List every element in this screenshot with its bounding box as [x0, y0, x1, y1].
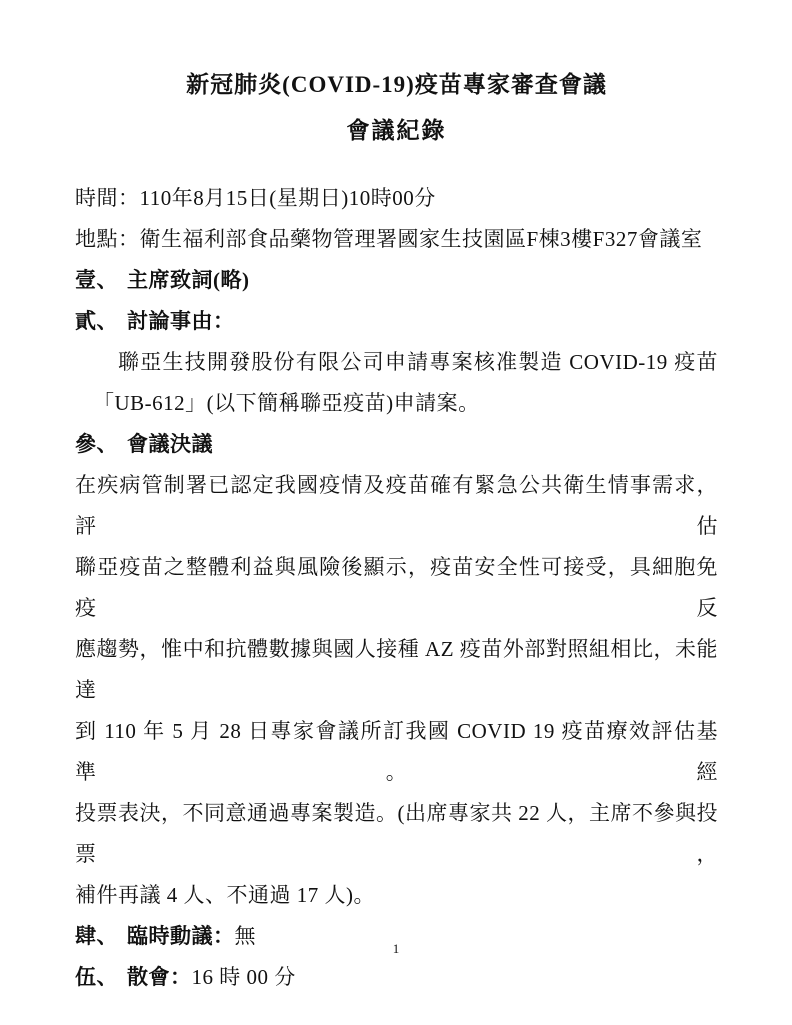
text-segment: 16 時 00 分 — [192, 965, 296, 989]
text-segment: 補件再議 4 人、不通過 17 人)。 — [75, 883, 375, 907]
text-line: 參、會議決議 — [75, 424, 718, 465]
text-line: 聯亞疫苗之整體利益與風險後顯示，疫苗安全性可接受，具細胞免疫反 — [75, 547, 718, 629]
text-segment: 散會： — [127, 965, 192, 989]
text-line: 壹、主席致詞(略) — [75, 260, 718, 301]
text-line: 在疾病管制署已認定我國疫情及疫苗確有緊急公共衛生情事需求，評估 — [75, 465, 718, 547]
text-segment: 聯亞生技開發股份有限公司申請專案核准製造 COVID-19 疫苗 — [118, 350, 718, 374]
text-segment: 討論事由： — [127, 309, 235, 333]
text-segment: 在疾病管制署已認定我國疫情及疫苗確有緊急公共衛生情事需求，評估 — [75, 473, 718, 538]
page-number: 1 — [0, 941, 792, 957]
text-segment: 主席致詞(略) — [127, 268, 250, 292]
text-segment: 時間：110年8月15日(星期日)10時00分 — [75, 186, 436, 210]
text-segment: 「UB-612」(以下簡稱聯亞疫苗)申請案。 — [93, 391, 480, 415]
text-line: 貳、討論事由： — [75, 301, 718, 342]
document-body: 時間：110年8月15日(星期日)10時00分地點：衛生福利部食品藥物管理署國家… — [75, 178, 718, 998]
text-line: 補件再議 4 人、不通過 17 人)。 — [75, 875, 718, 916]
text-line: 投票表決，不同意通過專案製造。(出席專家共 22 人，主席不參與投票， — [75, 793, 718, 875]
section-marker: 伍、 — [75, 965, 118, 989]
text-line: 時間：110年8月15日(星期日)10時00分 — [75, 178, 718, 219]
document-subtitle: 會議紀錄 — [75, 118, 718, 144]
text-segment: 到 110 年 5 月 28 日專家會議所訂我國 COVID 19 疫苗療效評估… — [75, 719, 718, 784]
text-line: 聯亞生技開發股份有限公司申請專案核准製造 COVID-19 疫苗 — [75, 342, 718, 383]
document-page: 新冠肺炎(COVID-19)疫苗專家審查會議 會議紀錄 時間：110年8月15日… — [0, 0, 792, 1025]
document-title: 新冠肺炎(COVID-19)疫苗專家審查會議 — [75, 72, 718, 98]
text-line: 地點：衛生福利部食品藥物管理署國家生技園區F棟3樓F327會議室 — [75, 219, 718, 260]
text-line: 「UB-612」(以下簡稱聯亞疫苗)申請案。 — [75, 383, 718, 424]
text-segment: 地點：衛生福利部食品藥物管理署國家生技園區F棟3樓F327會議室 — [75, 227, 702, 251]
text-segment: 會議決議 — [127, 432, 213, 456]
section-marker: 貳、 — [75, 309, 118, 333]
text-line: 到 110 年 5 月 28 日專家會議所訂我國 COVID 19 疫苗療效評估… — [75, 711, 718, 793]
text-segment: 聯亞疫苗之整體利益與風險後顯示，疫苗安全性可接受，具細胞免疫反 — [75, 555, 718, 620]
text-segment: 應趨勢，惟中和抗體數據與國人接種 AZ 疫苗外部對照組相比，未能達 — [75, 637, 718, 702]
text-segment: 投票表決，不同意通過專案製造。(出席專家共 22 人，主席不參與投票， — [75, 801, 718, 866]
text-line: 伍、散會：16 時 00 分 — [75, 957, 718, 998]
section-marker: 壹、 — [75, 268, 118, 292]
section-marker: 參、 — [75, 432, 118, 456]
text-line: 應趨勢，惟中和抗體數據與國人接種 AZ 疫苗外部對照組相比，未能達 — [75, 629, 718, 711]
